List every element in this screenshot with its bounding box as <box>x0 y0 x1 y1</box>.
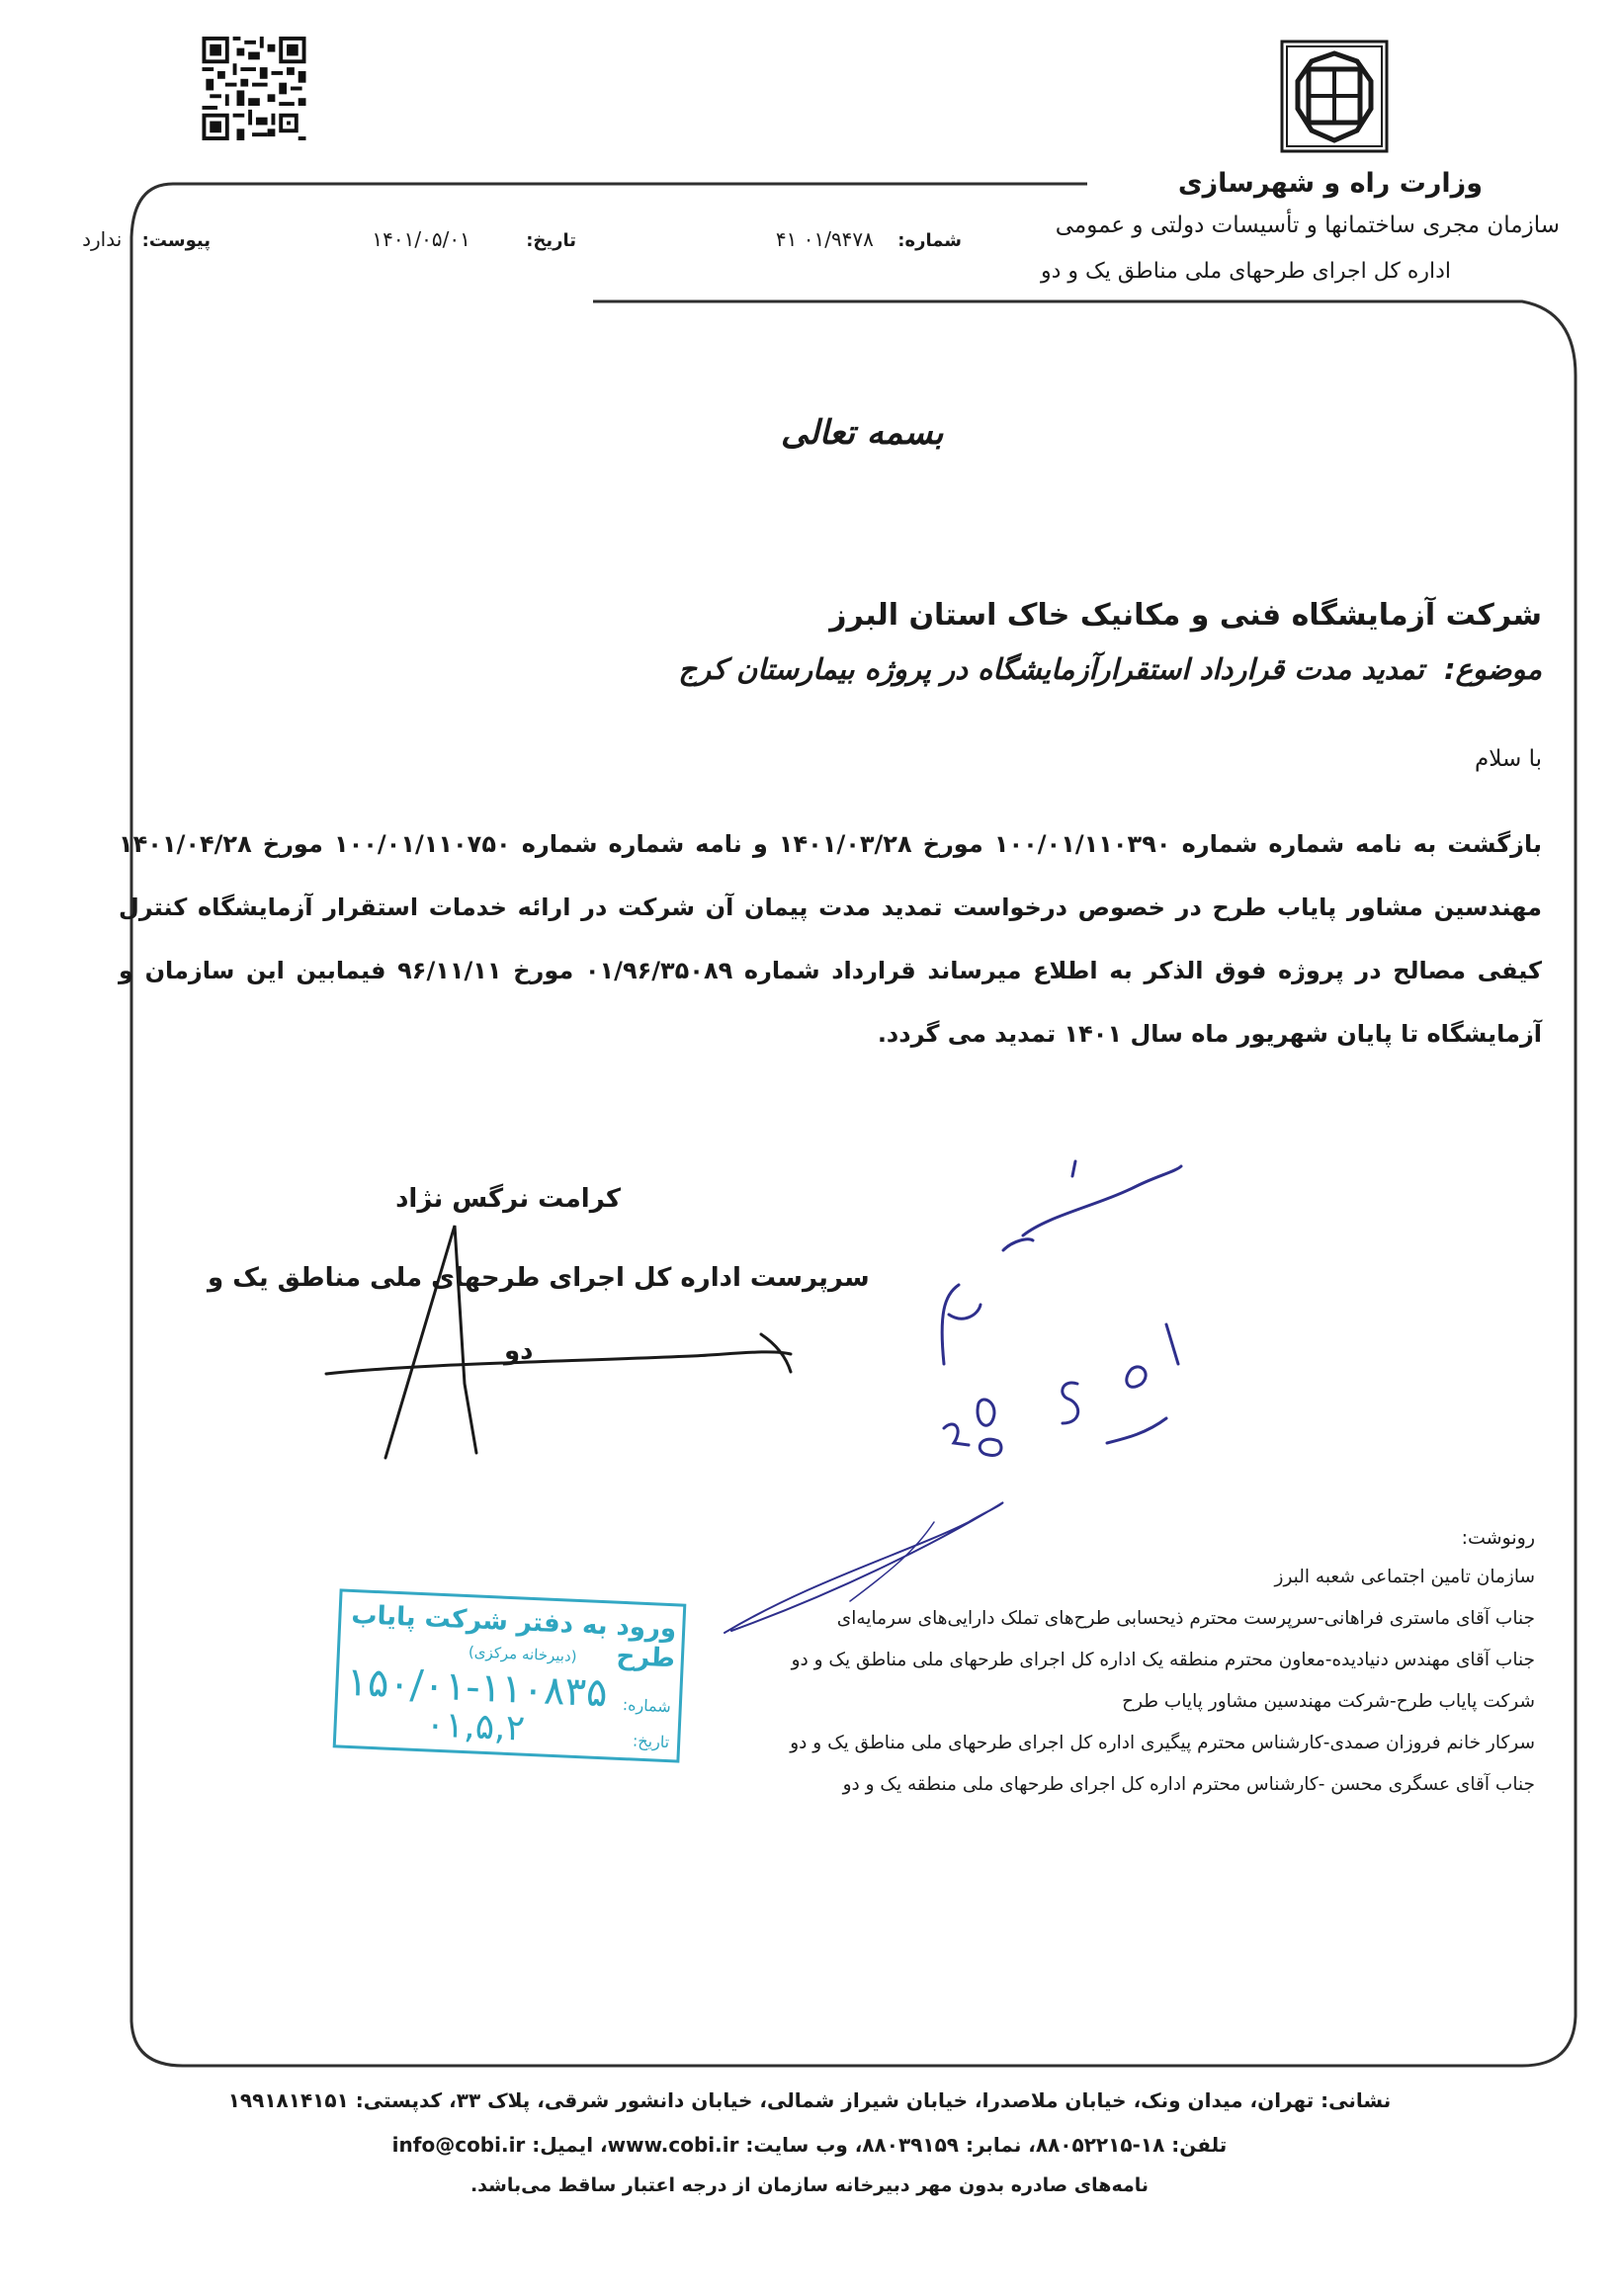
received-stamp: ورود به دفتر شرکت پایاب طرح (دبیرخانه مر… <box>333 1588 687 1762</box>
stamp-number-label: شماره: <box>622 1695 671 1716</box>
letter-attachment: پیوست: ندارد <box>82 227 211 251</box>
cc-item: سازمان تامین اجتماعی شعبه البرز <box>1275 1567 1535 1587</box>
number-label: شماره: <box>897 230 962 251</box>
letter-body: بازگشت به نامه شماره شماره ۱۰۰/۰۱/۱۱۰۳۹۰… <box>119 812 1542 1065</box>
footer-address: نشانی: تهران، میدان ونک، خیابان ملاصدرا،… <box>0 2088 1619 2112</box>
cc-item: سرکار خانم فروزان صمدی-کارشناس محترم پیگ… <box>790 1733 1535 1753</box>
footer-note: نامه‌های صادره بدون مهر دبیرخانه سازمان … <box>0 2174 1619 2196</box>
signer-title-cont: دو <box>504 1336 534 1366</box>
frame-border <box>0 0 1619 2296</box>
bismillah: بسمه تعالی <box>781 413 943 453</box>
date-label: تاریخ: <box>526 230 576 251</box>
attachment-label: پیوست: <box>142 230 211 251</box>
letter-date: تاریخ: ۱۴۰۱/۰۵/۰۱ <box>372 227 576 251</box>
subject-label: موضوع: <box>1444 652 1542 686</box>
signer-name: کرامت نرگس نژاد <box>395 1184 621 1214</box>
number-value: ۰۱/۹۴۷۸ ۴۱ <box>776 227 874 251</box>
signer-title: سرپرست اداره کل اجرای طرحهای ملی مناطق ی… <box>208 1263 870 1293</box>
organization-name: سازمان مجری ساختمانها و تأسیسات دولتی و … <box>1056 213 1560 238</box>
footer-contact: تلفن: ۱۸-۸۸۰۵۲۲۱۵، نمابر: ۸۸۰۳۹۱۵۹، وب س… <box>0 2133 1619 2157</box>
ministry-name: وزارت راه و شهرسازی <box>1178 168 1483 199</box>
subject-text: تمدید مدت قرارداد استقرارآزمایشگاه در پر… <box>678 652 1423 686</box>
letter-number: شماره: ۰۱/۹۴۷۸ ۴۱ <box>776 227 962 251</box>
cc-item: جناب آقای مهندس دنیادیده-معاون محترم منط… <box>792 1650 1535 1670</box>
ministry-emblem <box>1280 40 1389 153</box>
cc-item: جناب آقای ماستری فراهانی-سرپرست محترم ذی… <box>837 1608 1535 1629</box>
cc-label: رونوشت: <box>1462 1527 1535 1549</box>
cc-item: جناب آقای عسگری محسن -کارشناس محترم ادار… <box>843 1774 1535 1795</box>
window-emblem-icon <box>1280 40 1389 153</box>
date-value: ۱۴۰۱/۰۵/۰۱ <box>372 227 469 251</box>
stamp-date: ۰۱,۵,۲ <box>425 1704 526 1748</box>
stamp-date-label: تاریخ: <box>633 1732 670 1752</box>
recipient: شرکت آزمایشگاه فنی و مکانیک خاک استان ال… <box>829 598 1542 633</box>
department-name: اداره کل اجرای طرحهای ملی مناطق یک و دو <box>1041 259 1451 284</box>
qr-code-icon <box>201 37 307 140</box>
cc-item: شرکت پایاب طرح-شرکت مهندسین مشاور پایاب … <box>1122 1691 1535 1712</box>
qr-code <box>201 37 307 140</box>
salutation: با سلام <box>1475 746 1542 772</box>
subject-line: موضوع: تمدید مدت قرارداد استقرارآزمایشگا… <box>678 652 1542 686</box>
attachment-value: ندارد <box>82 227 122 251</box>
